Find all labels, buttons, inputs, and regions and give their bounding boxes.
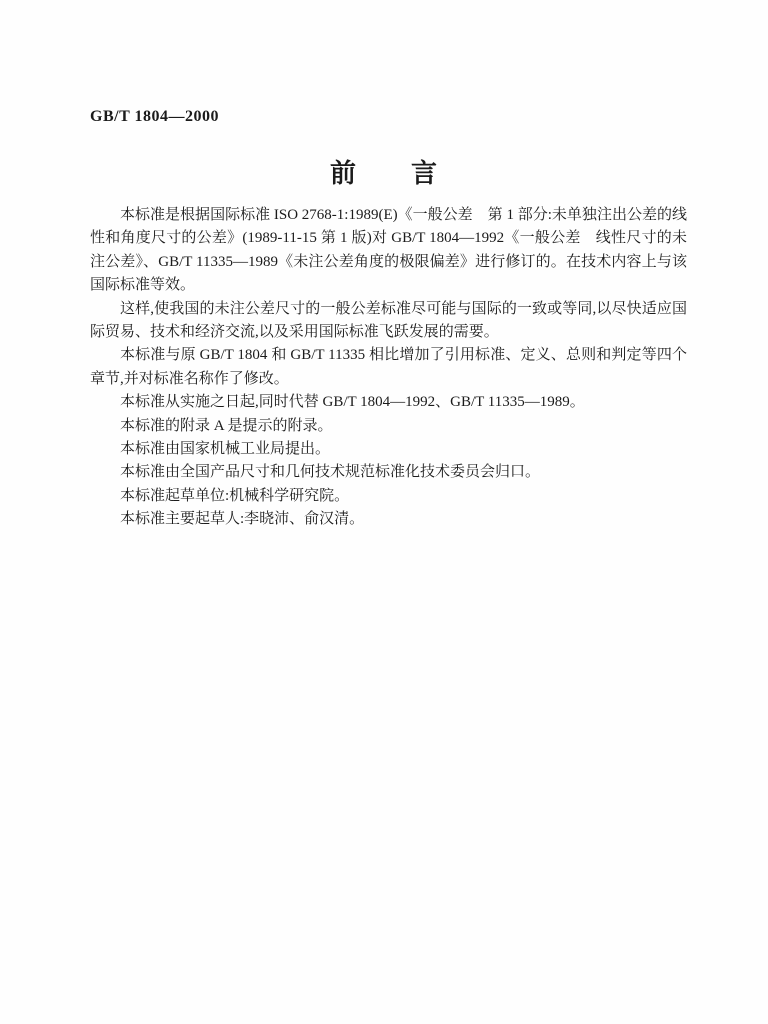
page-title: 前 言 bbox=[0, 153, 768, 190]
paragraph: 本标准的附录 A 是提示的附录。 bbox=[90, 415, 687, 438]
paragraph: 本标准与原 GB/T 1804 和 GB/T 11335 相比增加了引用标准、定… bbox=[90, 344, 687, 391]
paragraph: 本标准起草单位:机械科学研究院。 bbox=[90, 485, 687, 508]
paragraph: 这样,使我国的未注公差尺寸的一般公差标准尽可能与国际的一致或等同,以尽快适应国际… bbox=[90, 298, 687, 345]
paragraph: 本标准主要起草人:李晓沛、俞汉清。 bbox=[90, 508, 687, 531]
paragraph: 本标准是根据国际标准 ISO 2768-1:1989(E)《一般公差 第 1 部… bbox=[90, 204, 687, 298]
foreword-body: 本标准是根据国际标准 ISO 2768-1:1989(E)《一般公差 第 1 部… bbox=[90, 204, 687, 532]
document-page: GB/T 1804—2000 前 言 本标准是根据国际标准 ISO 2768-1… bbox=[0, 0, 768, 1024]
standard-number: GB/T 1804—2000 bbox=[90, 108, 219, 126]
paragraph: 本标准从实施之日起,同时代替 GB/T 1804—1992、GB/T 11335… bbox=[90, 391, 687, 414]
paragraph: 本标准由国家机械工业局提出。 bbox=[90, 438, 687, 461]
paragraph: 本标准由全国产品尺寸和几何技术规范标准化技术委员会归口。 bbox=[90, 461, 687, 484]
